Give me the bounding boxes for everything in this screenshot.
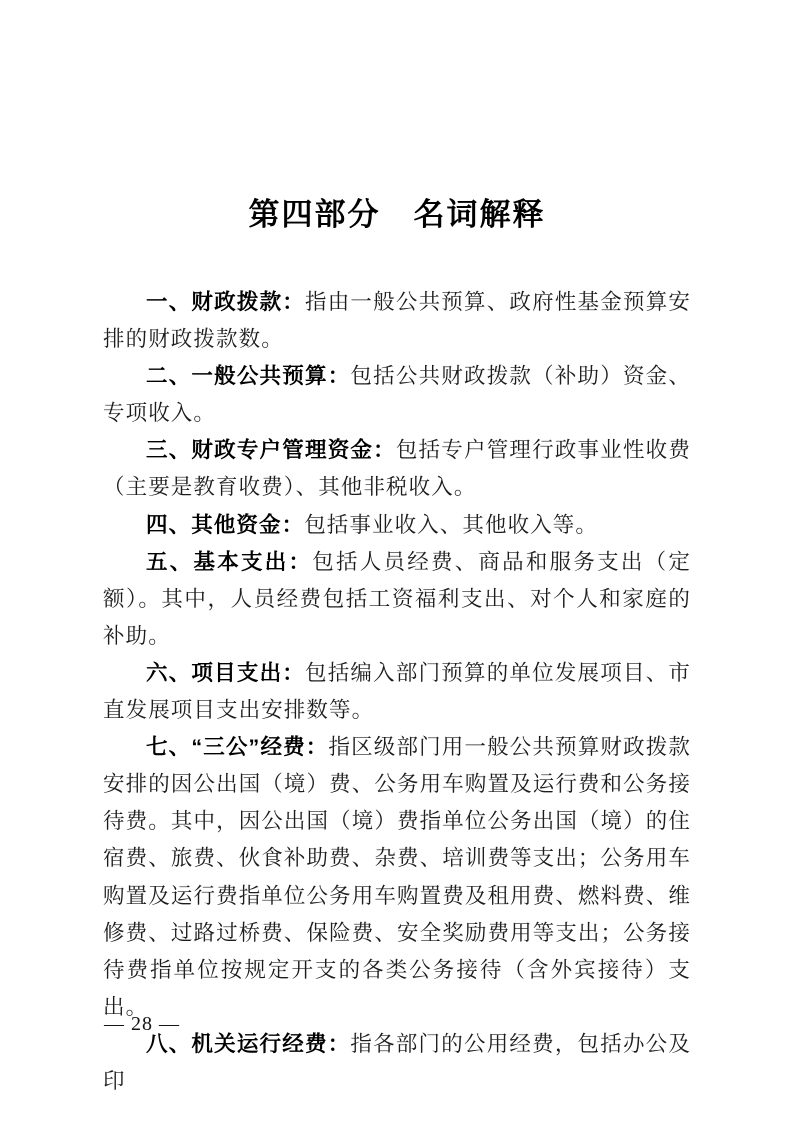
definition-paragraph: 二、一般公共预算：包括公共财政拨款（补助）资金、专项收入。 bbox=[103, 358, 691, 432]
definition-paragraph: 七、“三公”经费：指区级部门用一般公共预算财政拨款安排的因公出国（境）费、公务用… bbox=[103, 729, 691, 1026]
page-number: — 28 — bbox=[104, 1011, 180, 1038]
term-label: 五、基本支出： bbox=[146, 550, 312, 574]
term-definition: 包括事业收入、其他收入等。 bbox=[304, 513, 598, 537]
term-label: 七、“三公”经费： bbox=[146, 735, 328, 759]
term-label: 二、一般公共预算： bbox=[146, 364, 350, 388]
term-definition: 指区级部门用一般公共预算财政拨款安排的因公出国（境）费、公务用车购置及运行费和公… bbox=[103, 735, 691, 1019]
page-title: 第四部分 名词解释 bbox=[0, 193, 794, 237]
definition-paragraph: 八、机关运行经费：指各部门的公用经费，包括办公及印 bbox=[103, 1026, 691, 1100]
term-label: 六、项目支出： bbox=[146, 661, 305, 685]
definition-paragraph: 六、项目支出：包括编入部门预算的单位发展项目、市直发展项目支出安排数等。 bbox=[103, 655, 691, 729]
definition-paragraph: 五、基本支出：包括人员经费、商品和服务支出（定额）。其中，人员经费包括工资福利支… bbox=[103, 544, 691, 655]
definitions-body: 一、财政拨款：指由一般公共预算、政府性基金预算安排的财政拨款数。 二、一般公共预… bbox=[103, 284, 691, 1100]
term-label: 三、财政专户管理资金： bbox=[146, 438, 396, 462]
document-page: 第四部分 名词解释 一、财政拨款：指由一般公共预算、政府性基金预算安排的财政拨款… bbox=[0, 0, 794, 1123]
definition-paragraph: 一、财政拨款：指由一般公共预算、政府性基金预算安排的财政拨款数。 bbox=[103, 284, 691, 358]
term-label: 四、其他资金： bbox=[146, 513, 304, 537]
definition-paragraph: 三、财政专户管理资金：包括专户管理行政事业性收费（主要是教育收费）、其他非税收入… bbox=[103, 432, 691, 506]
definition-paragraph: 四、其他资金：包括事业收入、其他收入等。 bbox=[103, 507, 691, 544]
term-label: 一、财政拨款： bbox=[146, 290, 305, 314]
